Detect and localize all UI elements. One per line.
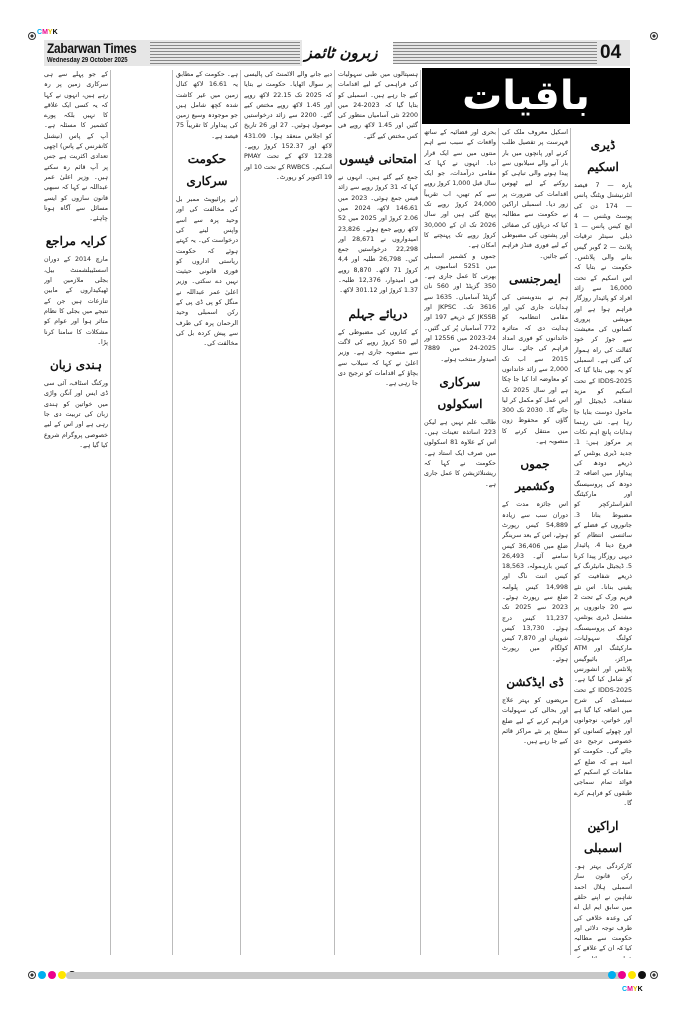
column-divider — [240, 70, 241, 955]
registration-mark-top-left — [28, 32, 36, 40]
magenta-swatch — [48, 971, 56, 979]
section-heading: دریائے جہلم — [338, 303, 418, 325]
cyan-swatch — [608, 971, 616, 979]
column-divider — [498, 128, 499, 955]
article-text: مریضوں کو بہتر علاج اور بحالی کی سہولیات… — [502, 696, 568, 747]
section-heading: ایمرجنسی — [502, 268, 568, 290]
article-text: اسکیل معروف ملک کی فہرست پر تفصیل طلب کر… — [502, 128, 568, 262]
section-heading: ڈی ایڈکشن — [502, 671, 568, 693]
column-divider — [110, 70, 111, 955]
yellow-swatch — [58, 971, 66, 979]
registration-mark-bottom-right — [650, 971, 658, 979]
registration-mark-top-right — [650, 32, 658, 40]
color-swatches-right — [608, 971, 646, 979]
article-text: کے جو پہلے سے ہی سرکاری زمین پر رہ رہے ہ… — [44, 70, 108, 224]
newspaper-title-urdu: زبرون ٹائمز — [302, 40, 380, 66]
column-divider — [420, 70, 421, 955]
article-text: مارچ 2014 کے دوران اسسٹیبلشمنٹ بیل، بجلی… — [44, 255, 108, 348]
article-text: اس جائزہ مدت کے دوران سب سے زیادہ 54,889… — [502, 500, 568, 665]
column-divider — [172, 70, 173, 955]
article-text: جموں و کشمیر اسمبلی میں 5251 اسامیوں پر … — [424, 252, 496, 365]
article-column-dairy: ڈیری اسکیم یارہ — 7 فیصد انٹرنیشنل ویٹنگ… — [574, 128, 632, 958]
article-text: کے کناروں کی مضبوطی کے لیے 50 کروڑ روپے … — [338, 328, 418, 390]
cmyk-label-top: CMYK — [37, 29, 58, 36]
article-column-recruitment: بحری اور فضائیہ کے ساتھ واقعات کے سبب سے… — [424, 128, 496, 958]
section-heading: ڈیری اسکیم — [574, 134, 632, 178]
footer-bar — [66, 972, 622, 979]
section-heading: ہندی زبان — [44, 354, 108, 376]
section-heading: امتحانی فیسوں — [338, 148, 418, 170]
article-text: ہسپتالوں میں طبی سہولیات کی فراہمی کے لی… — [338, 70, 418, 142]
article-column-government: ہے۔ حکومت کے مطابق یہ 16.61 لاکھ کنال زم… — [176, 70, 238, 958]
cyan-swatch — [38, 971, 46, 979]
article-text: بحری اور فضائیہ کے ساتھ واقعات کے سبب سے… — [424, 128, 496, 252]
article-column-emergency: اسکیل معروف ملک کی فہرست پر تفصیل طلب کر… — [502, 128, 568, 958]
cmyk-label-bottom: CMYK — [622, 986, 643, 993]
registration-mark-bottom-left — [28, 971, 36, 979]
yellow-swatch — [628, 971, 636, 979]
edition-date: Wednesday 29 October 2025 — [47, 57, 128, 64]
section-heading: جموں وکشمیر — [502, 453, 568, 497]
page-number: 04 — [600, 40, 621, 66]
masthead-rules-right — [393, 42, 597, 64]
newspaper-title: Zabarwan Times — [47, 40, 136, 56]
article-text: یارہ — 7 فیصد انٹرنیشنل ویٹنگ پانس — 174… — [574, 181, 632, 809]
article-text: جمع کیے گئے ہیں۔ انہوں نے کہا کہ 31 کروڑ… — [338, 173, 418, 297]
section-heading: سرکاری اسکولوں — [424, 371, 496, 415]
magenta-swatch — [618, 971, 626, 979]
article-text: طالب علم نہیں ہے لیکن 223 اساتذہ تعینات … — [424, 418, 496, 490]
article-text: ہم نے بندوبستی کی ہدایات جاری کیں اور مق… — [502, 293, 568, 447]
article-column-exam-fees: ہسپتالوں میں طبی سہولیات کی فراہمی کے لی… — [338, 70, 418, 958]
masthead-rules-left — [150, 42, 300, 64]
black-swatch — [638, 971, 646, 979]
section-heading: کرایہ مراجع — [44, 230, 108, 252]
column-divider — [334, 70, 335, 955]
article-text: کارکردگی بہتر ہو۔ رکن قانون ساز اسمبلی ہ… — [574, 862, 632, 958]
section-banner: باقیات — [422, 68, 630, 124]
section-heading: اراکین اسمبلی — [574, 815, 632, 859]
article-column-allotment: دیے جانے والے الاٹمنٹ کی پالیسی پر سوال … — [244, 70, 332, 958]
article-column-land: کے جو پہلے سے ہی سرکاری زمین پر رہ رہے ہ… — [44, 70, 108, 958]
column-divider — [570, 128, 571, 955]
article-text: ورکنگ اسٹاف، آئی سی ڈی ایس اور آنگن واڑی… — [44, 379, 108, 451]
article-text: دیے جانے والے الاٹمنٹ کی پالیسی پر سوال … — [244, 70, 332, 183]
article-text: ہے۔ حکومت کے مطابق یہ 16.61 لاکھ کنال زم… — [176, 70, 238, 142]
article-text: (نے پرائیویٹ ممبر بل کی مخالفت کی اور وح… — [176, 195, 238, 349]
section-heading: حکومت سرکاری — [176, 148, 238, 192]
